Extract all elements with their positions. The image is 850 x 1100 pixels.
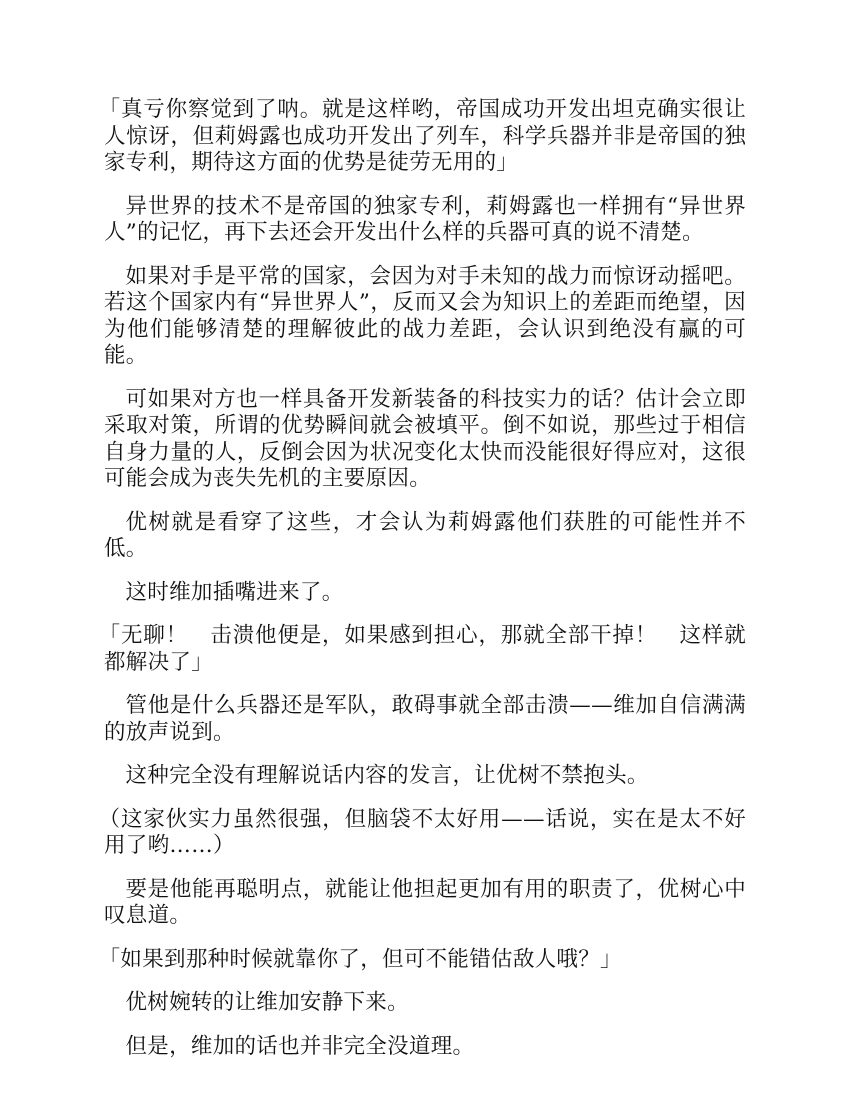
- narration-paragraph: 优树就是看穿了这些，才会认为莉姆露他们获胜的可能性并不低。: [104, 510, 746, 563]
- document-page: 「真亏你察觉到了呐。就是这样哟，帝国成功开发出坦克确实很让人惊讶，但莉姆露也成功…: [104, 97, 746, 1077]
- narration-paragraph: 可如果对方也一样具备开发新装备的科技实力的话？估计会立即采取对策，所谓的优势瞬间…: [104, 387, 746, 493]
- narration-paragraph: 要是他能再聪明点，就能让他担起更加有用的职责了，优树心中叹息道。: [104, 877, 746, 930]
- dialogue-paragraph: 「如果到那种时候就靠你了，但可不能错估敌人哦？」: [104, 947, 746, 974]
- narration-paragraph: 优树婉转的让维加安静下来。: [104, 990, 746, 1017]
- narration-paragraph: 如果对手是平常的国家，会因为对手未知的战力而惊讶动摇吧。若这个国家内有“异世界人…: [104, 264, 746, 370]
- dialogue-paragraph: 「无聊！ 击溃他便是，如果感到担心，那就全部干掉！ 这样就都解决了」: [104, 623, 746, 676]
- narration-paragraph: 但是，维加的话也并非完全没道理。: [104, 1034, 746, 1061]
- inner-monologue-paragraph: （这家伙实力虽然很强，但脑袋不太好用——话说，实在是太不好用了哟……）: [104, 807, 746, 860]
- narration-paragraph: 这时维加插嘴进来了。: [104, 580, 746, 607]
- narration-paragraph: 这种完全没有理解说话内容的发言，让优树不禁抱头。: [104, 763, 746, 790]
- narration-paragraph: 异世界的技术不是帝国的独家专利，莉姆露也一样拥有“异世界人”的记忆，再下去还会开…: [104, 194, 746, 247]
- narration-paragraph: 管他是什么兵器还是军队，敢碍事就全部击溃——维加自信满满的放声说到。: [104, 693, 746, 746]
- dialogue-paragraph: 「真亏你察觉到了呐。就是这样哟，帝国成功开发出坦克确实很让人惊讶，但莉姆露也成功…: [104, 97, 746, 177]
